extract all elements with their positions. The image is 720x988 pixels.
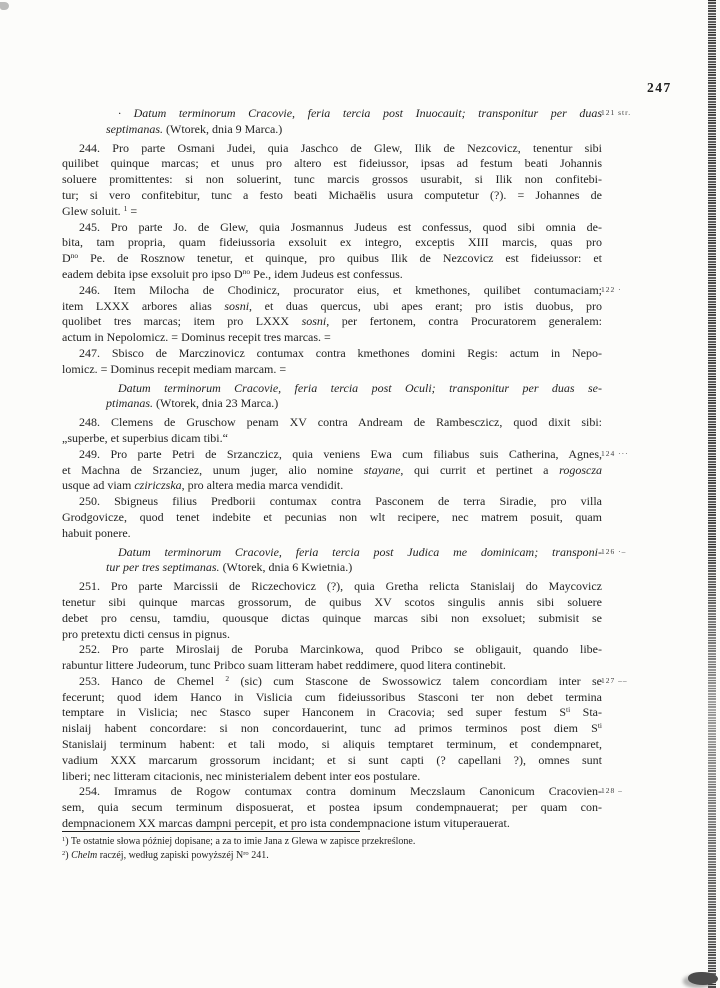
text-line: quilibet quinque marcas; et unus pro alt… — [62, 156, 602, 172]
text-line: 253. Hanco de Chemel 2 (sic) cum Stascon… — [62, 674, 602, 690]
italic-term: sosni — [302, 314, 327, 328]
text-line: tur; si vero confitebitur, tunc a festo … — [62, 188, 602, 204]
text-line: 249. Pro parte Petri de Srzanczicz, quia… — [62, 447, 602, 463]
entry-paragraph: 250. Sbigneus filius Predborii contumax … — [62, 494, 602, 541]
text-line: Datum terminorum Cracovie, feria tercia … — [106, 381, 602, 397]
text-line: vadium XXX marcarum grossorum incidant; … — [62, 753, 602, 769]
entry-paragraph: 249. Pro parte Petri de Srzanczicz, quia… — [62, 447, 602, 494]
entry-paragraph: 253. Hanco de Chemel 2 (sic) cum Stascon… — [62, 674, 602, 785]
superscript-note-ref: ro — [243, 850, 248, 857]
entry-paragraph: 245. Pro parte Jo. de Glew, quia Josmann… — [62, 220, 602, 283]
italic-term: rogoscza — [559, 463, 602, 477]
text-line: 248. Clemens de Gruschow penam XV contra… — [62, 415, 602, 431]
text-line: quolibet tres marcas; item pro LXXX sosn… — [62, 314, 602, 330]
scan-smudge — [0, 2, 9, 10]
datum-rubric: Datum terminorum Cracovie, feria tercia … — [106, 381, 602, 413]
text-line: habuit ponere. — [62, 526, 602, 542]
entry-paragraph: 246. Item Milocha de Chodinicz, procurat… — [62, 283, 602, 346]
footnote: 2) Chelm raczéj, według zapiski powyższé… — [62, 849, 622, 863]
text-line: · Datum terminorum Cracovie, feria terci… — [106, 106, 602, 122]
datum-rubric: Datum terminorum Cracovie, feria tercia … — [106, 545, 602, 577]
text-line: usque ad viam cziriczska, pro altera med… — [62, 478, 602, 494]
text-line: rabuntur littere Judeorum, tunc Pribco s… — [62, 658, 602, 674]
text-line: dempnacionem XX marcas dampni percepit, … — [62, 816, 602, 832]
text-line: septimanas. (Wtorek, dnia 9 Marca.) — [106, 122, 602, 138]
entry-paragraph: 244. Pro parte Osmani Judei, quia Jaschc… — [62, 141, 602, 220]
text-line: Stanislaij terminum habent: et tali modo… — [62, 737, 602, 753]
margin-folio-note: 126 ·– — [601, 547, 626, 556]
footnote-separator — [62, 831, 360, 832]
margin-folio-note: 122 · — [601, 285, 622, 294]
text-line: et Machna de Srzanciez, unum juger, alio… — [62, 463, 602, 479]
text-line: eadem debita ipse exsoluit pro ipso Dno … — [62, 267, 602, 283]
text-line: lomicz. = Dominus recepit mediam marcam.… — [62, 362, 602, 378]
italic-term: stayane — [364, 463, 401, 477]
text-line: debet pro censu, tamdiu, quousque dictas… — [62, 611, 602, 627]
superscript-note-ref: no — [71, 251, 79, 260]
text-line: Datum terminorum Cracovie, feria tercia … — [106, 545, 602, 561]
italic-term: (Wtorek, dnia 23 Marca.) — [156, 396, 278, 410]
text-line: Dno Pe. de Rosznow tenetur, et quinque, … — [62, 251, 602, 267]
text-line: tur per tres septimanas. (Wtorek, dnia 6… — [106, 560, 602, 576]
superscript-note-ref: 2 — [62, 850, 65, 857]
text-line: „superbe, et superbius dicam tibi.“ — [62, 431, 602, 447]
text-line: 246. Item Milocha de Chodinicz, procurat… — [62, 283, 602, 299]
margin-folio-note: 124 ··· — [601, 449, 629, 458]
text-line: sem, quia secum terminum disposuerat, et… — [62, 800, 602, 816]
footnotes: 1) Te ostatnie słowa później dopisane; a… — [62, 835, 622, 863]
scan-smudge — [688, 972, 718, 985]
scanned-book-page: 247 · Datum terminorum Cracovie, feria t… — [0, 0, 720, 988]
text-line: temptare in Vislicia; nec Stasco super H… — [62, 705, 602, 721]
italic-term: (Wtorek, dnia 9 Marca.) — [166, 122, 282, 136]
margin-folio-note: 121 str. — [601, 108, 631, 117]
text-line: Glew soluit. 1 = — [62, 204, 602, 220]
datum-rubric: · Datum terminorum Cracovie, feria terci… — [106, 106, 602, 138]
text-line: 250. Sbigneus filius Predborii contumax … — [62, 494, 602, 510]
text-line: fecerunt; quod idem Hanco in Vislicia cu… — [62, 690, 602, 706]
text-line: 251. Pro parte Marcissii de Riczechovicz… — [62, 579, 602, 595]
italic-term: Chelm — [71, 850, 97, 861]
text-line: soluere promittentes: si non soluerint, … — [62, 172, 602, 188]
text-line: liberi; nec litteram citacionis, nec min… — [62, 769, 602, 785]
entry-paragraph: 251. Pro parte Marcissii de Riczechovicz… — [62, 579, 602, 642]
margin-folio-note: 128 – — [601, 786, 623, 795]
page-number: 247 — [647, 80, 672, 96]
entry-paragraph: 248. Clemens de Gruschow penam XV contra… — [62, 415, 602, 447]
text-line: 254. Imramus de Rogow contumax contra do… — [62, 784, 602, 800]
text-line: 244. Pro parte Osmani Judei, quia Jaschc… — [62, 141, 602, 157]
text-line: 247. Sbisco de Marczinovicz contumax con… — [62, 346, 602, 362]
text-line: actum in Nepolomicz. = Dominus recepit t… — [62, 330, 602, 346]
entry-paragraph: 247. Sbisco de Marczinovicz contumax con… — [62, 346, 602, 378]
entry-paragraph: 252. Pro parte Miroslaij de Poruba Marci… — [62, 642, 602, 674]
superscript-note-ref: 2 — [225, 674, 229, 683]
margin-folio-note: 127 –– — [601, 676, 628, 685]
italic-term: cziriczska — [134, 478, 181, 492]
text-line: tenetur sibi quinque marcas grossorum, d… — [62, 595, 602, 611]
superscript-note-ref: 1 — [62, 836, 65, 843]
text-line: Grodgovicze, quod tenet indebite et pecu… — [62, 510, 602, 526]
superscript-note-ref: 1 — [124, 204, 128, 213]
text-line: bita, tam propria, quam fideiussoria exs… — [62, 235, 602, 251]
text-column: · Datum terminorum Cracovie, feria terci… — [62, 103, 602, 832]
text-line: item LXXX arbores alias sosni, et duas q… — [62, 299, 602, 315]
footnote: 1) Te ostatnie słowa później dopisane; a… — [62, 835, 622, 849]
italic-term: (Wtorek, dnia 6 Kwietnia.) — [223, 560, 353, 574]
book-binding-edge — [708, 0, 716, 988]
text-line: 245. Pro parte Jo. de Glew, quia Josmann… — [62, 220, 602, 236]
superscript-note-ref: ti — [566, 705, 570, 714]
text-line: 252. Pro parte Miroslaij de Poruba Marci… — [62, 642, 602, 658]
text-line: pro pretextu dicti census in pignus. — [62, 627, 602, 643]
entry-paragraph: 254. Imramus de Rogow contumax contra do… — [62, 784, 602, 831]
superscript-note-ref: no — [243, 267, 251, 276]
italic-term: sosni — [224, 299, 249, 313]
text-line: nislaij habent concordare: si non concor… — [62, 721, 602, 737]
text-line: ptimanas. (Wtorek, dnia 23 Marca.) — [106, 396, 602, 412]
superscript-note-ref: ti — [598, 721, 602, 730]
